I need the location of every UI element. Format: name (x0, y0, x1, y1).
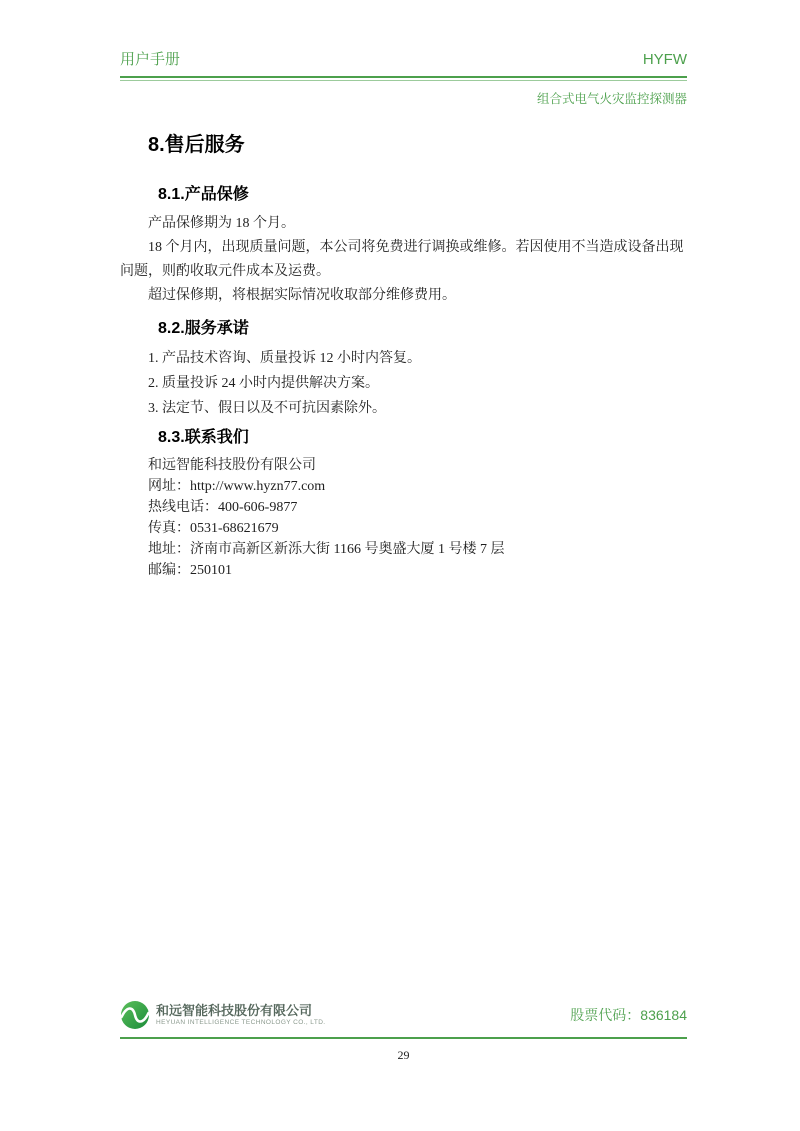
company-brand: 和远智能科技股份有限公司 HEYUAN INTELLIGENCE TECHNOL… (120, 1000, 326, 1030)
contact-fax: 传真：0531-68621679 (148, 518, 687, 539)
brand-text: 和远智能科技股份有限公司 HEYUAN INTELLIGENCE TECHNOL… (156, 1003, 326, 1027)
section-heading-promise: 8.2.服务承诺 (158, 318, 687, 340)
contact-hotline: 热线电话：400-606-9877 (148, 497, 687, 518)
footer-row: 和远智能科技股份有限公司 HEYUAN INTELLIGENCE TECHNOL… (120, 998, 687, 1032)
list-item: 2. 质量投诉 24 小时内提供解决方案。 (148, 371, 687, 396)
list-item: 3. 法定节、假日以及不可抗因素除外。 (148, 396, 687, 421)
page-number: 29 (120, 1048, 687, 1063)
warranty-paragraph: 产品保修期为 18 个月。 (120, 212, 687, 236)
contact-website: 网址：http://www.hyzn77.com (148, 476, 687, 497)
manual-page: 用户手册 HYFW 组合式电气火灾监控探测器 8.售后服务 8.1.产品保修 产… (0, 0, 800, 1131)
page-footer: 和远智能科技股份有限公司 HEYUAN INTELLIGENCE TECHNOL… (120, 998, 687, 1063)
warranty-paragraph: 18 个月内，出现质量问题，本公司将免费进行调换或维修。若因使用不当造成设备出现… (120, 236, 687, 284)
header-doc-type: 用户手册 (120, 50, 180, 70)
section-heading-contact: 8.3.联系我们 (158, 427, 687, 449)
warranty-paragraph: 超过保修期，将根据实际情况收取部分维修费用。 (120, 284, 687, 308)
header-product-line: 组合式电气火灾监控探测器 (120, 89, 687, 107)
page-content: 8.售后服务 8.1.产品保修 产品保修期为 18 个月。 18 个月内，出现质… (120, 132, 687, 581)
chapter-title: 8.售后服务 (148, 132, 687, 158)
header-row: 用户手册 HYFW (120, 50, 687, 70)
footer-company-cn: 和远智能科技股份有限公司 (156, 1003, 326, 1018)
header-rule-thick (120, 76, 687, 78)
list-item: 1. 产品技术咨询、质量投诉 12 小时内答复。 (148, 346, 687, 371)
promise-list: 1. 产品技术咨询、质量投诉 12 小时内答复。 2. 质量投诉 24 小时内提… (148, 346, 687, 421)
header-model: HYFW (643, 50, 687, 70)
footer-company-en: HEYUAN INTELLIGENCE TECHNOLOGY CO., LTD. (156, 1018, 326, 1027)
contact-zip: 邮编：250101 (148, 560, 687, 581)
contact-block: 和远智能科技股份有限公司 网址：http://www.hyzn77.com 热线… (148, 455, 687, 581)
section-heading-warranty: 8.1.产品保修 (158, 184, 687, 206)
header-rule-thin (120, 80, 687, 81)
page-header: 用户手册 HYFW 组合式电气火灾监控探测器 (120, 50, 687, 107)
contact-address: 地址：济南市高新区新泺大街 1166 号奥盛大厦 1 号楼 7 层 (148, 539, 687, 560)
footer-rule (120, 1037, 687, 1039)
stock-code: 股票代码：836184 (570, 1005, 687, 1025)
heyuan-wave-logo-icon (120, 1000, 150, 1030)
contact-company: 和远智能科技股份有限公司 (148, 455, 687, 476)
